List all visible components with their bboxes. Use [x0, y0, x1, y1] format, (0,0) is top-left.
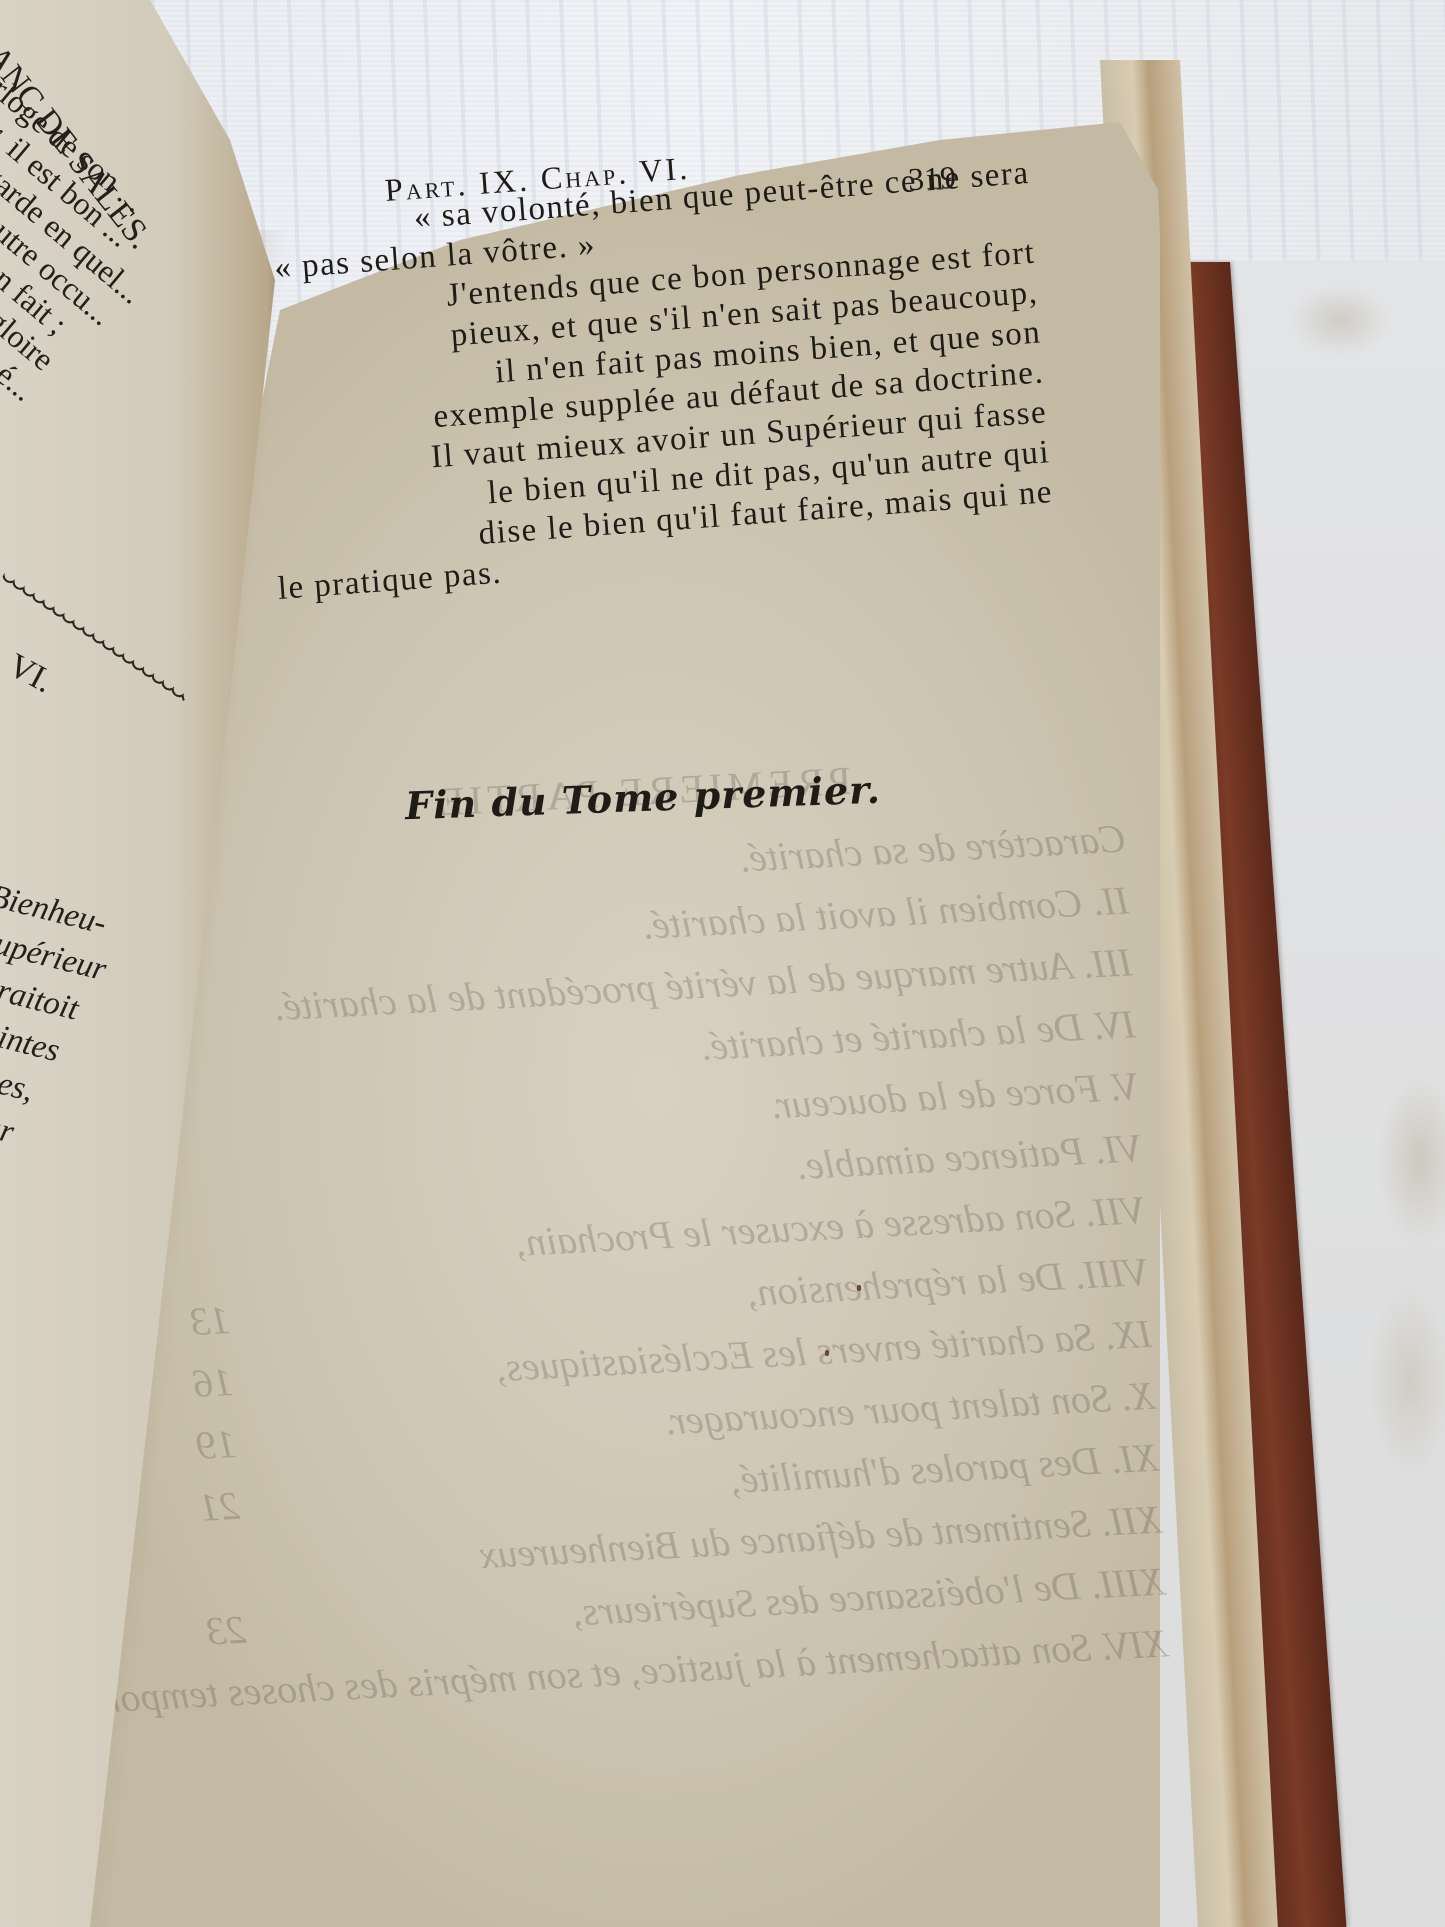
foxing-spot [825, 1350, 829, 1356]
left-page-lower-text: Bienheu- Supérieur s traitoit plaintes i… [0, 880, 120, 1479]
left-page-fragment: orloge de son ... jour, il est bon ... n… [0, 60, 196, 531]
showthrough-toc: PREMIERE PARTIE Caractère de sa charité.… [162, 736, 1178, 1885]
chapter-mark: VI. [2, 647, 59, 701]
body-text: « sa volonté, bien que peut-être ce ne s… [250, 153, 1057, 609]
foxing-spot [857, 1285, 861, 1291]
